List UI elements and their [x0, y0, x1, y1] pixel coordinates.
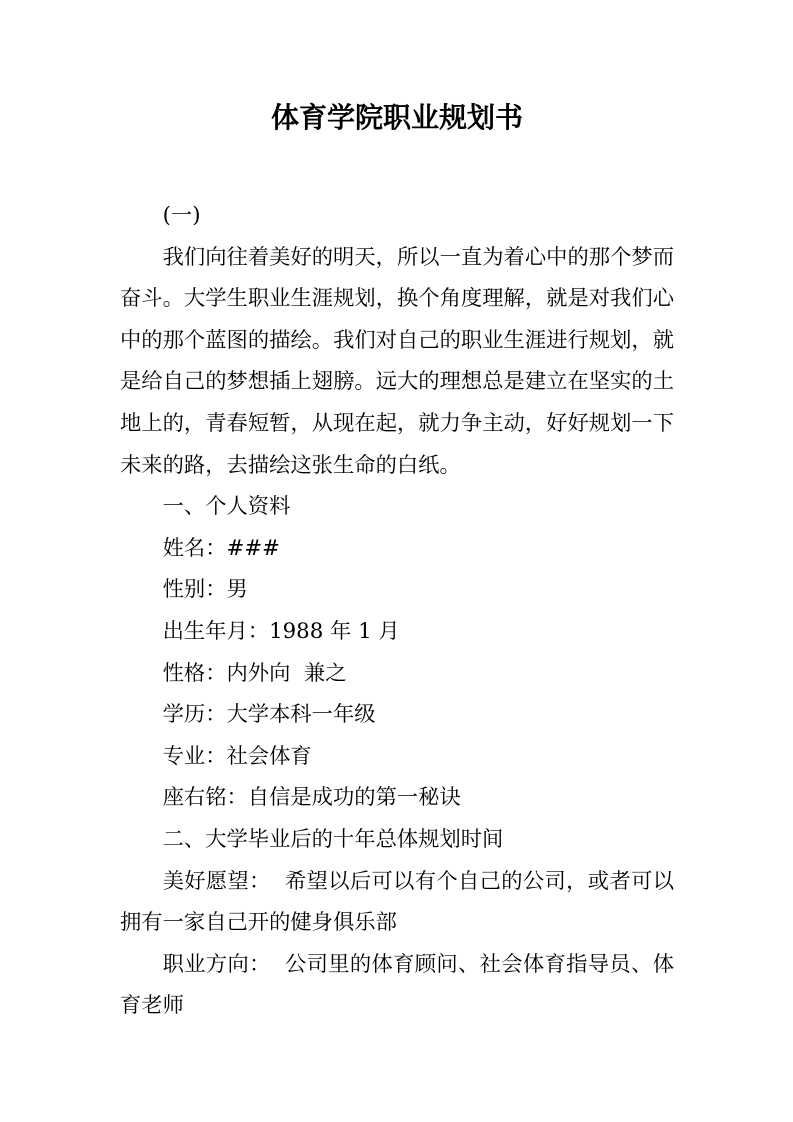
info-education: 学历：大学本科一年级 — [120, 694, 674, 736]
intro-paragraph: 我们向往着美好的明天，所以一直为着心中的那个梦而奋斗。大学生职业生涯规划，换个角… — [120, 237, 674, 487]
section-marker: (一) — [120, 195, 674, 237]
info-birth-date: 出生年月：1988 年 1 月 — [120, 611, 674, 653]
plan-wish: 美好愿望： 希望以后可以有个自己的公司，或者可以拥有一家自己开的健身俱乐部 — [120, 861, 674, 944]
document-title: 体育学院职业规划书 — [120, 98, 674, 138]
info-gender: 性别：男 — [120, 569, 674, 611]
document-body: (一) 我们向往着美好的明天，所以一直为着心中的那个梦而奋斗。大学生职业生涯规划… — [120, 195, 674, 1027]
info-major: 专业：社会体育 — [120, 736, 674, 778]
section-heading-personal-info: 一、个人资料 — [120, 486, 674, 528]
info-name: 姓名：### — [120, 528, 674, 570]
plan-career-direction: 职业方向： 公司里的体育顾问、社会体育指导员、体育老师 — [120, 944, 674, 1027]
info-motto: 座右铭：自信是成功的第一秘诀 — [120, 777, 674, 819]
info-personality: 性格：内外向 兼之 — [120, 653, 674, 695]
section-heading-ten-year-plan: 二、大学毕业后的十年总体规划时间 — [120, 819, 674, 861]
